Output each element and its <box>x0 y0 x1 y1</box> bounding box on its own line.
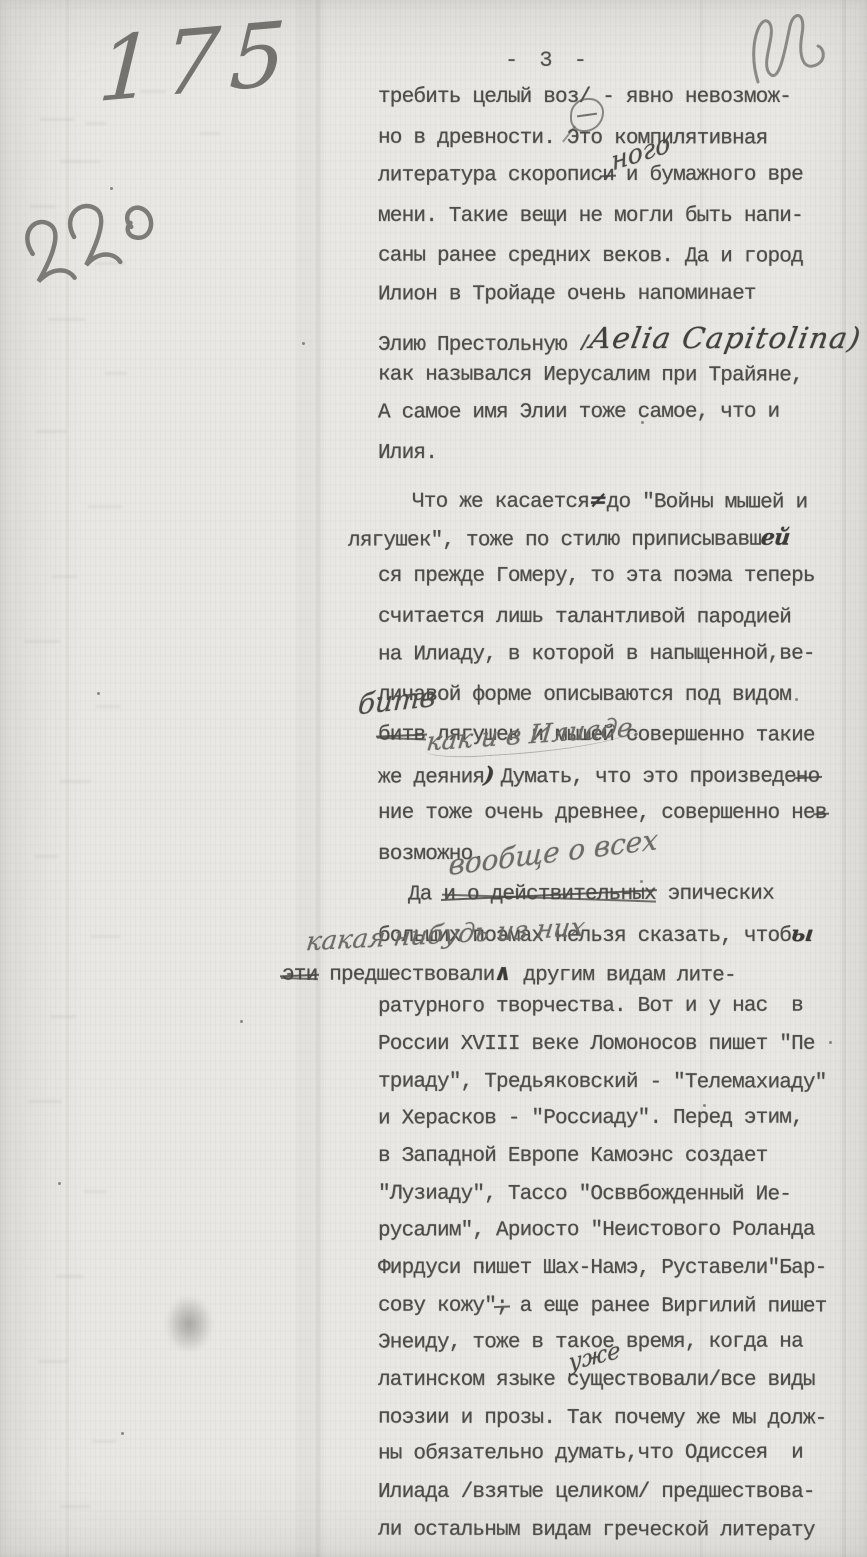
typed-text: считается лишь талантливой пародией <box>378 606 791 630</box>
handwritten-correction: ы <box>790 921 814 947</box>
page-number: - 3 - <box>505 48 591 73</box>
paper-artifact <box>86 122 106 125</box>
typed-line: Да и о действительных эпических <box>408 883 774 907</box>
paper-artifact <box>105 372 127 375</box>
typed-text: Думать, что это произведе <box>501 766 796 790</box>
paper-artifact <box>60 1505 90 1508</box>
paper-fold-line <box>842 0 846 1557</box>
typed-line: латинском языке существовали/все виды <box>378 1369 815 1392</box>
paper-artifact <box>84 1190 106 1193</box>
typed-line: Илия. <box>378 442 437 465</box>
typed-text: латинском языке существовали/все виды <box>378 1369 815 1392</box>
typed-line: больших поэмах нельзя сказать, чтобы <box>378 921 813 948</box>
typed-text: возможно. <box>378 843 484 866</box>
typed-line: ратурного творчества. Вот и у нас в <box>378 995 803 1019</box>
paper-artifact <box>200 132 220 135</box>
typed-text: Илия. <box>378 442 437 465</box>
typed-line: в Западной Европе Камоэнс создает <box>378 1145 767 1168</box>
paper-artifact <box>50 1015 76 1018</box>
typed-line: требить целый воз/ - явно невозмож- <box>378 86 791 109</box>
paper-artifact <box>52 575 78 578</box>
struck-word: и о действительных <box>443 883 655 906</box>
typed-text: ли остальным видам греческой литерату <box>378 1519 815 1543</box>
typed-text: Фирдуси пишет Шах-Намэ, Руставели"Бар- <box>378 1257 826 1280</box>
typed-text: лягушек и мышей совершенно такие <box>425 724 815 748</box>
typed-text: России XVIII веке Ломоносов пишет "Пе <box>378 1033 815 1056</box>
struck-word: и <box>602 164 614 187</box>
typed-text: ние тоже очень древнее, совершенно не <box>378 802 815 825</box>
paper-artifact <box>30 205 56 208</box>
typed-line: саны ранее средних веков. Да и город <box>378 245 803 269</box>
typed-line: лягушек", тоже по стилю приписывавшей <box>348 525 790 553</box>
ink-smudge <box>164 1294 214 1354</box>
paper-artifact <box>121 1432 124 1435</box>
paper-artifact <box>96 705 120 708</box>
handwritten-correction: ) <box>483 762 502 788</box>
struck-word: в <box>815 802 827 825</box>
typed-text: литература скоропис <box>378 164 602 187</box>
typed-line: Илиада /взятые целиком/ предшествова- <box>378 1481 815 1504</box>
typed-line: и Херасков - "Россиаду". Перед этим, <box>378 1107 803 1131</box>
handwritten-correction: ∧ <box>493 960 513 986</box>
paper-artifact <box>90 935 120 938</box>
typed-line: поэзии и прозы. Так почему же мы долж- <box>378 1407 827 1431</box>
typed-line: мени. Такие вещи не могли быть напи- <box>378 205 803 228</box>
typed-text: сову кожу" <box>378 1295 496 1318</box>
typed-line: А самое имя Элии тоже самое, что и <box>378 401 779 425</box>
typed-text: и бумажного вре <box>614 164 803 187</box>
typed-text: до "Войны мышей и <box>607 491 808 514</box>
typed-text: поэзии и прозы. Так почему же мы долж- <box>378 1407 827 1431</box>
typed-line: ли остальным видам греческой литерату <box>378 1519 815 1543</box>
margin-number-top: 175 <box>96 1 299 122</box>
typed-line: сову кожу"; а еще ранее Виргилий пишет <box>378 1295 827 1319</box>
typed-text: эпических <box>656 883 774 906</box>
typed-line: Энеиду, тоже в такое время, когда на <box>378 1331 803 1355</box>
typed-line: считается лишь талантливой пародией <box>378 606 791 630</box>
struck-word: ; <box>496 1295 508 1318</box>
typed-line: ние тоже очень древнее, совершенно нев <box>378 802 827 825</box>
paper-artifact <box>829 1041 832 1044</box>
paper-artifact <box>302 342 305 345</box>
paper-artifact <box>60 780 90 783</box>
typed-text: ны обязательно думать,что Одиссея и <box>378 1442 803 1466</box>
paper-artifact <box>795 698 798 701</box>
paper-artifact <box>97 692 100 695</box>
typed-text: как назывался Иерусалим при Трайяне, <box>378 364 803 388</box>
typed-text: а еще ранее Виргилий пишет <box>508 1295 827 1319</box>
struck-word: эти <box>282 964 317 987</box>
paper-fold-line <box>316 0 320 1557</box>
paper-artifact <box>240 1020 243 1023</box>
typed-text: ся прежде Гомеру, то эта поэма теперь <box>378 565 815 588</box>
typed-text: триаду", Тредьяковский - "Телемахиаду" <box>378 1071 827 1095</box>
paper-artifact <box>56 1275 84 1278</box>
typed-text: русалим", Ариосто "Неистового Роланда <box>378 1219 815 1243</box>
typed-text: предшествовали <box>317 964 494 987</box>
typed-text: ратурного творчества. Вот и у нас в <box>378 995 803 1019</box>
typed-text: саны ранее средних веков. Да и город <box>378 245 803 269</box>
handwritten-correction: ≠ <box>588 487 608 513</box>
typed-line: Илион в Тройаде очень напоминает <box>378 283 756 307</box>
paper-fold-line <box>66 0 69 1557</box>
typed-text: на Илиаду, в которой в напыщенной,ве- <box>378 643 815 667</box>
typed-text: Илион в Тройаде очень напоминает <box>378 283 756 307</box>
typed-text: и Херасков - "Россиаду". Перед этим, <box>378 1107 803 1131</box>
paper-artifact <box>28 1100 62 1103</box>
paper-artifact <box>92 1440 116 1443</box>
struck-word: но <box>796 766 820 789</box>
paper-artifact <box>48 318 86 321</box>
typed-text: но в древности. Это компилятивная <box>378 127 768 151</box>
typed-text: другим видам лите- <box>511 964 735 987</box>
typed-text: в Западной Европе Камоэнс создает <box>378 1145 767 1168</box>
paper-artifact <box>110 187 113 190</box>
typed-text: Илиада /взятые целиком/ предшествова- <box>378 1481 815 1504</box>
typed-text: А самое имя Элии тоже самое, что и <box>378 401 779 425</box>
paper-fold-line <box>296 0 324 1557</box>
typed-line: ся прежде Гомеру, то эта поэма теперь <box>378 565 815 588</box>
typed-line: как назывался Иерусалим при Трайяне, <box>378 364 803 388</box>
handwritten-ink-text: Aelia Capitolina) <box>588 321 865 355</box>
paper-artifact <box>88 505 122 508</box>
typed-line: триаду", Тредьяковский - "Телемахиаду" <box>378 1071 827 1095</box>
typed-text: же деяния <box>378 766 484 789</box>
typed-text: мени. Такие вещи не могли быть напи- <box>378 205 803 228</box>
typed-line: Фирдуси пишет Шах-Намэ, Руставели"Бар- <box>378 1257 826 1280</box>
typed-text: лягушек", тоже по стилю приписывавш <box>348 529 761 553</box>
struck-word: битв <box>378 724 425 747</box>
paper-artifact <box>40 118 74 121</box>
paper-artifact <box>38 1360 68 1363</box>
typed-text: Элию Престольную / <box>378 334 590 357</box>
typed-text: требить целый воз/ - явно невозмож- <box>378 86 791 109</box>
typed-line: возможно. <box>378 843 484 866</box>
margin-number-left-220 <box>0 165 178 306</box>
paper-artifact <box>60 160 100 163</box>
scanned-document-page: - 3 - 175 требить целый воз/ - явно нево… <box>0 0 867 1557</box>
paper-artifact <box>58 1182 61 1185</box>
handwritten-correction: ей <box>760 525 791 551</box>
typed-line: литература скорописи и бумажного вре <box>378 164 803 188</box>
typed-text: Энеиду, тоже в такое время, когда на <box>378 1331 803 1355</box>
typed-line: "Лузиаду", Тассо "Осввбожденный Ие- <box>378 1183 791 1207</box>
typed-line: Элию Престольную /Aelia Capitolina) <box>378 323 861 357</box>
paper-artifact <box>36 430 66 433</box>
paper-artifact <box>24 640 60 643</box>
typed-line: на Илиаду, в которой в напыщенной,ве- <box>378 643 815 667</box>
typed-text: Да <box>408 883 443 906</box>
typed-line: же деяния) Думать, что это произведено <box>378 762 819 790</box>
typed-text: личавой форме описываются под видом <box>378 684 791 707</box>
typed-text: "Лузиаду", Тассо "Осввбожденный Ие- <box>378 1183 791 1207</box>
typed-line: ны обязательно думать,что Одиссея и <box>378 1442 803 1466</box>
corner-scribble-mark <box>738 2 842 98</box>
typed-line: русалим", Ариосто "Неистового Роланда <box>378 1219 815 1243</box>
paper-artifact <box>34 855 58 858</box>
typed-line: России XVIII веке Ломоносов пишет "Пе <box>378 1033 815 1056</box>
typed-text: больших поэмах нельзя сказать, чтоб <box>378 925 791 948</box>
typed-line: эти предшествовали∧ другим видам лите- <box>282 960 736 988</box>
typed-text: Что же касается <box>412 491 589 514</box>
paper-artifact <box>95 262 125 265</box>
typed-line: но в древности. Это компилятивная <box>378 127 768 151</box>
typed-line: личавой форме описываются под видом <box>378 684 791 707</box>
typed-line: битв лягушек и мышей совершенно такие <box>378 724 815 748</box>
typed-line: Что же касается≠до "Войны мышей и <box>412 487 807 515</box>
